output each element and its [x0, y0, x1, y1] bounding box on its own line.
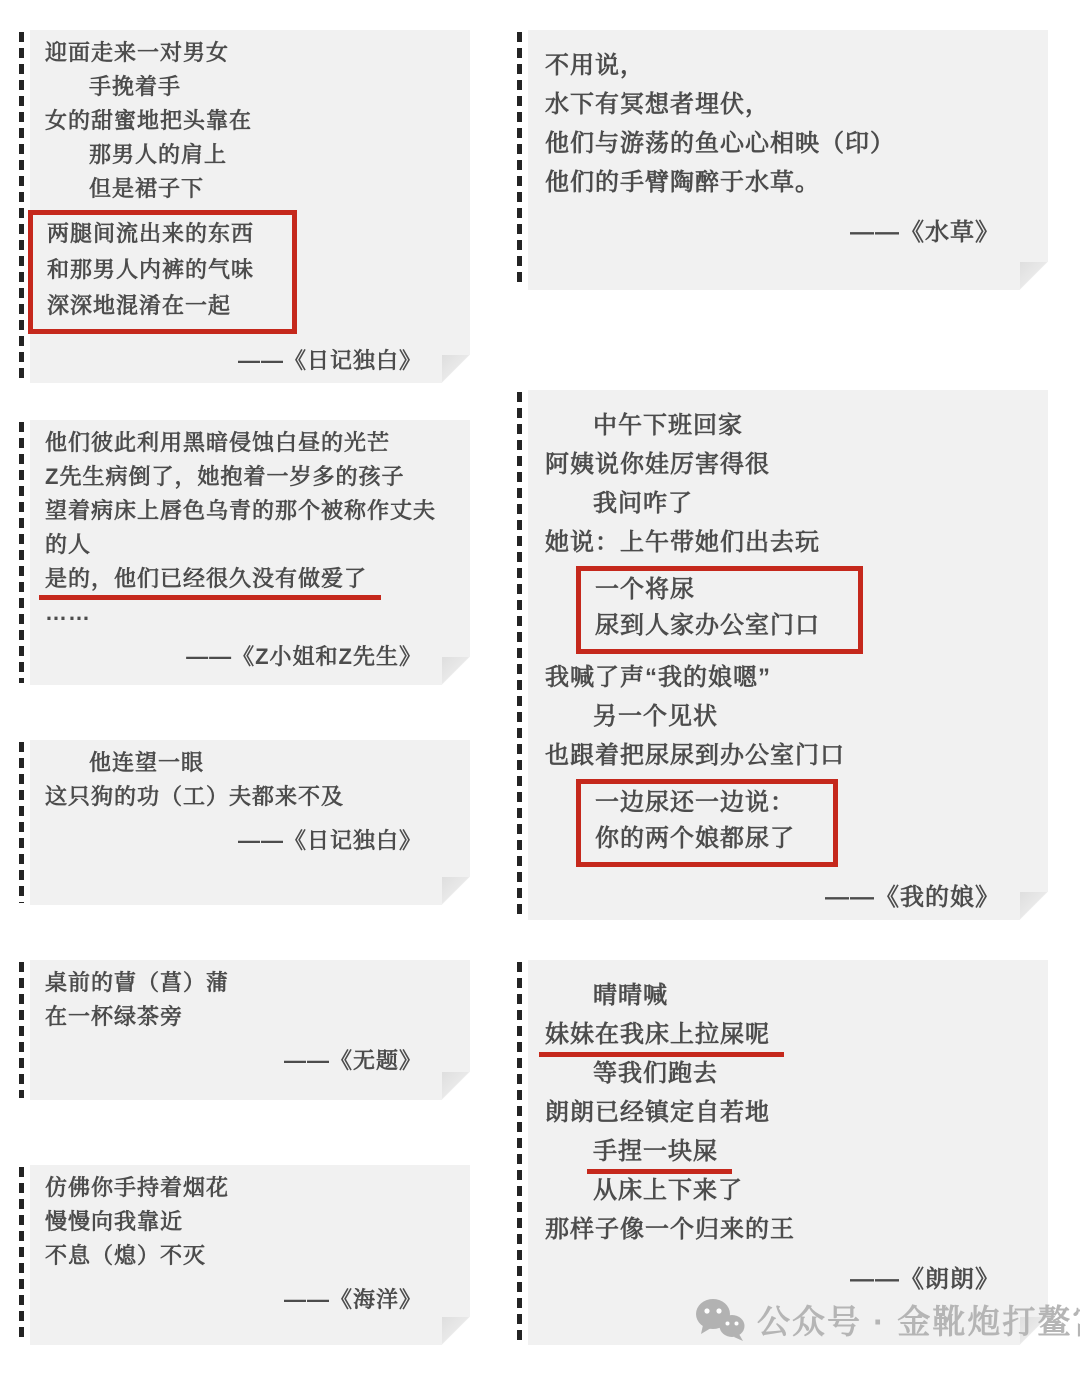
poem-line: 不用说， — [545, 46, 1028, 85]
poem-line: 我喊了声“我的娘嗯” — [545, 658, 1028, 697]
line-group: 晴晴喊妹妹在我床上拉屎呢等我们跑去朗朗已经镇定自若地手捏一块屎从床上下来了那样子… — [545, 976, 1028, 1249]
red-highlight-box: 两腿间流出来的东西和那男人内裤的气味深深地混淆在一起 — [28, 210, 297, 334]
poem-attribution: ——《无题》 — [45, 1044, 450, 1075]
poem-attribution: ——《Z小姐和Z先生》 — [45, 640, 450, 671]
poem-line: 在一杯绿茶旁 — [45, 1000, 450, 1034]
poem-card-wuti: 桌前的萺（菖）蒲在一杯绿茶旁——《无题》 — [30, 960, 470, 1100]
poem-line: 另一个见状 — [545, 697, 1028, 736]
poem-line: 他连望一眼 — [45, 746, 450, 780]
poem-line: 那男人的肩上 — [45, 138, 450, 172]
poem-line: 中午下班回家 — [545, 406, 1028, 445]
poem-line: 他们与游荡的鱼心心相映（印） — [545, 124, 1028, 163]
poem-line: …… — [45, 596, 450, 630]
poem-line: 这只狗的功（工）夫都来不及 — [45, 780, 450, 814]
red-underlined-text: 妹妹在我床上拉屎呢 — [539, 1021, 784, 1057]
line-group: 不用说，水下有冥想者埋伏，他们与游荡的鱼心心相映（印）他们的手臂陶醉于水草。 — [545, 46, 1028, 202]
poem-line: 仿佛你手持着烟花 — [45, 1171, 450, 1205]
poem-attribution: ——《我的娘》 — [545, 877, 1028, 912]
poem-attribution: ——《朗朗》 — [545, 1259, 1028, 1294]
poem-line: 一边尿还一边说： — [595, 785, 795, 821]
poem-line: 的人 — [45, 528, 450, 562]
poem-line: 他们彼此利用黑暗侵蚀白昼的光芒 — [45, 426, 450, 460]
poem-line: 女的甜蜜地把头靠在 — [45, 104, 450, 138]
watermark: 公众号 · 金靴炮打鳌宫 — [693, 1296, 1080, 1343]
line-group: 他们彼此利用黑暗侵蚀白昼的光芒Z先生病倒了，她抱着一岁多的孩子望着病床上唇色乌青… — [45, 426, 450, 630]
poem-line: 和那男人内裤的气味 — [47, 252, 254, 288]
poem-line: 手捏一块屎 — [545, 1132, 1028, 1171]
poem-attribution: ——《日记独白》 — [45, 824, 450, 855]
poem-line: 也跟着把尿尿到办公室门口 — [545, 736, 1028, 775]
watermark-label: 公众号 · 金靴炮打鳌宫 — [757, 1296, 1080, 1343]
line-group: 迎面走来一对男女手挽着手女的甜蜜地把头靠在那男人的肩上但是裙子下 — [45, 36, 450, 206]
line-group: 我喊了声“我的娘嗯”另一个见状也跟着把尿尿到办公室门口 — [545, 658, 1028, 775]
poem-line: 两腿间流出来的东西 — [47, 216, 254, 252]
poem-line: Z先生病倒了，她抱着一岁多的孩子 — [45, 460, 450, 494]
poem-card-wodeniang: 中午下班回家阿姨说你娃厉害得很我问咋了她说：上午带她们出去玩一个将尿尿到人家办公… — [528, 390, 1048, 920]
poem-line: 水下有冥想者埋伏， — [545, 85, 1028, 124]
poem-attribution: ——《海洋》 — [45, 1283, 450, 1314]
poem-card-shuicao: 不用说，水下有冥想者埋伏，他们与游荡的鱼心心相映（印）他们的手臂陶醉于水草。——… — [528, 30, 1048, 290]
poem-line: 尿到人家办公室门口 — [595, 608, 820, 644]
poem-line: 晴晴喊 — [545, 976, 1028, 1015]
wechat-icon — [693, 1297, 747, 1343]
red-highlight-box: 一个将尿尿到人家办公室门口 — [576, 566, 863, 654]
poem-line: 一个将尿 — [595, 572, 820, 608]
poem-card-haiyang: 仿佛你手持着烟花慢慢向我靠近不息（熄）不灭——《海洋》 — [30, 1165, 470, 1345]
poem-line: 望着病床上唇色乌青的那个被称作丈夫 — [45, 494, 450, 528]
poem-card-z-xiaojie: 他们彼此利用黑暗侵蚀白昼的光芒Z先生病倒了，她抱着一岁多的孩子望着病床上唇色乌青… — [30, 420, 470, 685]
poem-line: 她说：上午带她们出去玩 — [545, 523, 1028, 562]
poem-line: 朗朗已经镇定自若地 — [545, 1093, 1028, 1132]
poem-line: 妹妹在我床上拉屎呢 — [545, 1015, 1028, 1054]
line-group: 桌前的萺（菖）蒲在一杯绿茶旁 — [45, 966, 450, 1034]
line-group: 仿佛你手持着烟花慢慢向我靠近不息（熄）不灭 — [45, 1171, 450, 1273]
poem-line: 阿姨说你娃厉害得很 — [545, 445, 1028, 484]
poem-line: 慢慢向我靠近 — [45, 1205, 450, 1239]
poem-line: 手挽着手 — [45, 70, 450, 104]
poem-attribution: ——《水草》 — [545, 212, 1028, 247]
poem-line: 从床上下来了 — [545, 1171, 1028, 1210]
poem-line: 深深地混淆在一起 — [47, 288, 254, 324]
red-underlined-text: 手捏一块屎 — [587, 1138, 732, 1174]
poem-line: 迎面走来一对男女 — [45, 36, 450, 70]
poem-line: 桌前的萺（菖）蒲 — [45, 966, 450, 1000]
poem-card-langlang: 晴晴喊妹妹在我床上拉屎呢等我们跑去朗朗已经镇定自若地手捏一块屎从床上下来了那样子… — [528, 960, 1048, 1345]
poem-line: 我问咋了 — [545, 484, 1028, 523]
poem-line: 是的，他们已经很久没有做爱了 — [45, 562, 450, 596]
poem-line: 等我们跑去 — [545, 1054, 1028, 1093]
poem-line: 但是裙子下 — [45, 172, 450, 206]
red-underlined-text: 是的，他们已经很久没有做爱了 — [39, 566, 381, 600]
line-group: 他连望一眼这只狗的功（工）夫都来不及 — [45, 746, 450, 814]
poem-line: 不息（熄）不灭 — [45, 1239, 450, 1273]
poem-line: 你的两个娘都尿了 — [595, 821, 795, 857]
line-group: 中午下班回家阿姨说你娃厉害得很我问咋了她说：上午带她们出去玩 — [545, 406, 1028, 562]
poem-card-riji-dubai-1: 迎面走来一对男女手挽着手女的甜蜜地把头靠在那男人的肩上但是裙子下两腿间流出来的东… — [30, 30, 470, 383]
poem-card-riji-dubai-2: 他连望一眼这只狗的功（工）夫都来不及——《日记独白》 — [30, 740, 470, 905]
poem-line: 他们的手臂陶醉于水草。 — [545, 163, 1028, 202]
poem-attribution: ——《日记独白》 — [45, 344, 450, 375]
red-highlight-box: 一边尿还一边说：你的两个娘都尿了 — [576, 779, 838, 867]
poem-line: 那样子像一个归来的王 — [545, 1210, 1028, 1249]
